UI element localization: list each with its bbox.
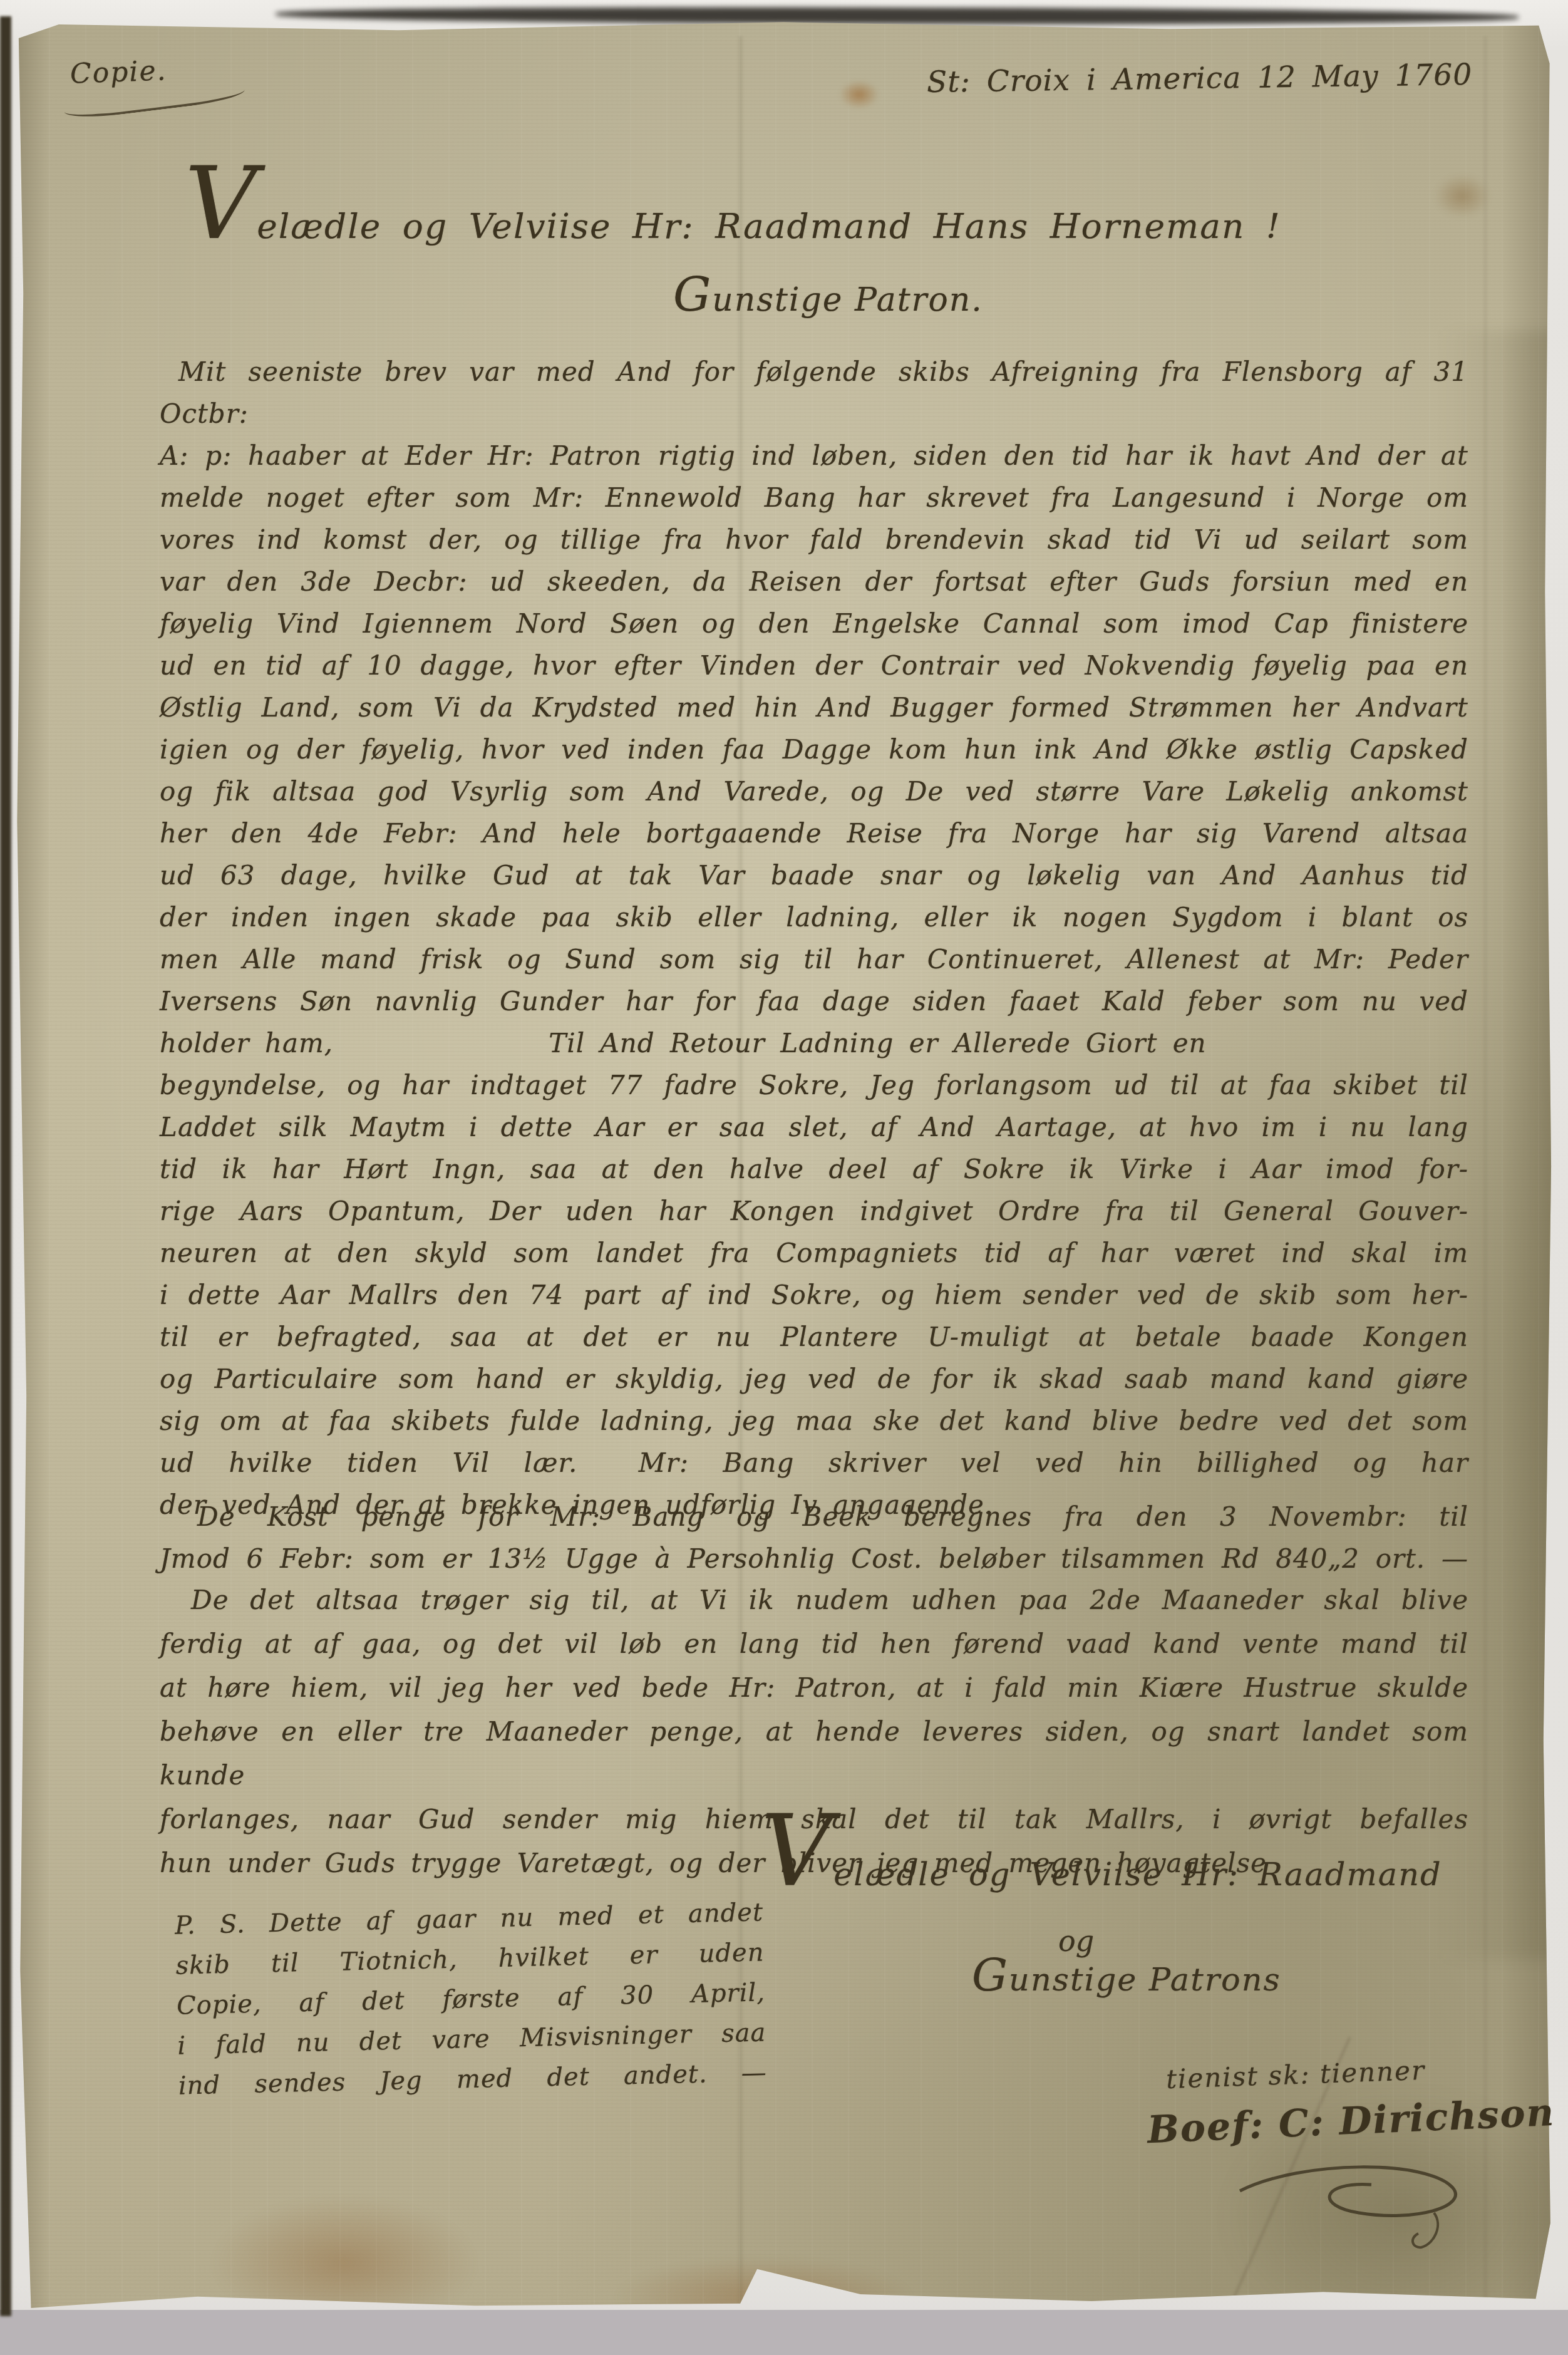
handwritten-line: og fik altsaa god Vsyrlig som And Varede… bbox=[160, 770, 1468, 812]
copy-annotation: Copie. bbox=[70, 54, 167, 90]
handwritten-line: men Alle mand frisk og Sund som sig til … bbox=[160, 938, 1468, 980]
handwritten-line: holder ham, Til And Retour Ladning er Al… bbox=[160, 1022, 1468, 1064]
handwritten-line: der inden ingen skade paa skib eller lad… bbox=[160, 896, 1468, 938]
handwritten-line: melde noget efter som Mr: Ennewold Bang … bbox=[160, 477, 1468, 519]
handwritten-line: vores ind komst der, og tillige fra hvor… bbox=[160, 519, 1468, 561]
stain bbox=[1434, 174, 1490, 218]
handwritten-line: A: p: haaber at Eder Hr: Patron rigtig i… bbox=[160, 435, 1468, 477]
handwritten-line: Iversens Søn navnlig Gunder har for faa … bbox=[160, 980, 1468, 1022]
handwritten-line: ud en tid af 10 dagge, hvor efter Vinden… bbox=[160, 644, 1468, 686]
handwritten-line: føyelig Vind Igiennem Nord Søen og den E… bbox=[160, 603, 1468, 644]
handwritten-line: begyndelse, og har indtaget 77 fadre Sok… bbox=[160, 1064, 1468, 1106]
letter-photo: Copie. St: Croix i America 12 May 1760 V… bbox=[0, 0, 1568, 2355]
handwritten-line: igien og der føyelig, hvor ved inden faa… bbox=[160, 728, 1468, 770]
stain bbox=[839, 80, 879, 109]
table-background bbox=[0, 2310, 1568, 2355]
handwritten-line: ferdig at af gaa, og det vil løb en lang… bbox=[160, 1622, 1468, 1666]
handwritten-line: rige Aars Opantum, Der uden har Kongen i… bbox=[160, 1190, 1468, 1232]
handwritten-line: ud 63 dage, hvilke Gud at tak Var baade … bbox=[160, 854, 1468, 896]
handwritten-line: i dette Aar Mallrs den 74 part af ind So… bbox=[160, 1274, 1468, 1316]
fold-line bbox=[1484, 36, 1487, 2329]
body-paragraph-1: Mit seeniste brev var med And for følgen… bbox=[160, 351, 1468, 1526]
handwritten-line: var den 3de Decbr: ud skeeden, da Reisen… bbox=[160, 561, 1468, 603]
handwritten-line: her den 4de Febr: And hele bortgaaende R… bbox=[160, 812, 1468, 854]
body-paragraph-2: De Kost penge for Mr: Bang og Beek bereg… bbox=[160, 1496, 1468, 1580]
handwritten-line: at høre hiem, vil jeg her ved bede Hr: P… bbox=[160, 1666, 1468, 1710]
handwritten-line: De det altsaa trøger sig til, at Vi ik n… bbox=[160, 1578, 1468, 1622]
paper-top-shadow bbox=[276, 6, 1519, 25]
valediction-line-1: Velædle og Velviise Hr: Raadmand bbox=[761, 1832, 1442, 1893]
handwritten-line: neuren at den skyld som landet fra Compa… bbox=[160, 1232, 1468, 1274]
salutation-line: Velædle og Velviise Hr: Raadmand Hans Ho… bbox=[185, 182, 1281, 246]
handwritten-line: sig om at faa skibets fulde ladning, jeg… bbox=[160, 1400, 1468, 1442]
postscript-block: P. S. Dette af gaar nu med et andetskib … bbox=[174, 1892, 767, 2106]
handwritten-line: Laddet silk Maytm i dette Aar er saa sle… bbox=[160, 1106, 1468, 1148]
handwritten-line: Jmod 6 Febr: som er 13½ Ugge à Persohnli… bbox=[160, 1538, 1468, 1580]
valediction-line-2: og bbox=[1058, 1924, 1094, 1958]
handwritten-line: De Kost penge for Mr: Bang og Beek bereg… bbox=[160, 1496, 1468, 1538]
handwritten-line: tid ik har Hørt Ingn, saa at den halve d… bbox=[160, 1148, 1468, 1190]
handwritten-line: behøve en eller tre Maaneder penge, at h… bbox=[160, 1710, 1468, 1798]
photo-left-edge bbox=[0, 16, 11, 2316]
greeting-line: Gunstige Patron. bbox=[673, 281, 983, 319]
valediction-line-3: Gunstige Patrons bbox=[972, 1962, 1281, 1999]
handwritten-line: til er befragted, saa at det er nu Plant… bbox=[160, 1316, 1468, 1358]
handwritten-line: ud hvilke tiden Vil lær. Mr: Bang skrive… bbox=[160, 1442, 1468, 1484]
handwritten-line: Østlig Land, som Vi da Krydsted med hin … bbox=[160, 686, 1468, 728]
handwritten-line: Mit seeniste brev var med And for følgen… bbox=[160, 351, 1468, 435]
signature-flourish bbox=[1227, 2153, 1478, 2254]
handwritten-line: og Particulaire som hand er skyldig, jeg… bbox=[160, 1358, 1468, 1400]
